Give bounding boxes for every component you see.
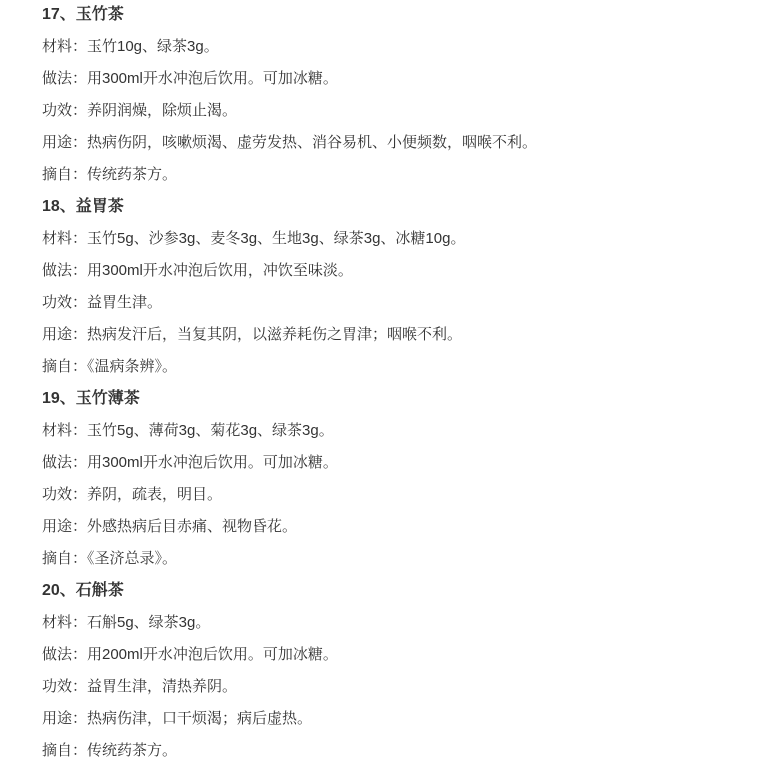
recipe-method-line: 做法：用200ml开水冲泡后饮用。可加冰糖。 bbox=[42, 646, 743, 664]
recipe-heading: 19、玉竹薄茶 bbox=[42, 390, 743, 408]
recipe-source-line: 摘自：传统药茶方。 bbox=[42, 166, 743, 184]
recipe-material-line: 材料：玉竹5g、沙参3g、麦冬3g、生地3g、绿茶3g、冰糖10g。 bbox=[42, 230, 743, 248]
recipe-usage-line: 用途：热病伤阴，咳嗽烦渴、虚劳发热、消谷易机、小便频数，咽喉不利。 bbox=[42, 134, 743, 152]
recipe-material-line: 材料：玉竹10g、绿茶3g。 bbox=[42, 38, 743, 56]
recipe-source-line: 摘自：《圣济总录》。 bbox=[42, 550, 743, 568]
recipe-section: 17、玉竹茶 材料：玉竹10g、绿茶3g。 做法：用300ml开水冲泡后饮用。可… bbox=[42, 6, 743, 184]
recipe-section: 19、玉竹薄茶 材料：玉竹5g、薄荷3g、菊花3g、绿茶3g。 做法：用300m… bbox=[42, 390, 743, 568]
recipe-section: 18、益胃茶 材料：玉竹5g、沙参3g、麦冬3g、生地3g、绿茶3g、冰糖10g… bbox=[42, 198, 743, 376]
recipe-usage-line: 用途：外感热病后目赤痛、视物昏花。 bbox=[42, 518, 743, 536]
recipe-effect-line: 功效：益胃生津。 bbox=[42, 294, 743, 312]
recipe-method-line: 做法：用300ml开水冲泡后饮用。可加冰糖。 bbox=[42, 454, 743, 472]
recipe-heading: 18、益胃茶 bbox=[42, 198, 743, 216]
recipe-usage-line: 用途：热病发汗后，当复其阴，以滋养耗伤之胃津；咽喉不利。 bbox=[42, 326, 743, 344]
recipe-effect-line: 功效：养阴润燥，除烦止渴。 bbox=[42, 102, 743, 120]
recipe-method-line: 做法：用300ml开水冲泡后饮用。可加冰糖。 bbox=[42, 70, 743, 88]
recipe-material-line: 材料：石斛5g、绿茶3g。 bbox=[42, 614, 743, 632]
recipe-document: 17、玉竹茶 材料：玉竹10g、绿茶3g。 做法：用300ml开水冲泡后饮用。可… bbox=[0, 0, 773, 760]
recipe-section: 20、石斛茶 材料：石斛5g、绿茶3g。 做法：用200ml开水冲泡后饮用。可加… bbox=[42, 582, 743, 760]
recipe-source-line: 摘自：传统药茶方。 bbox=[42, 742, 743, 760]
recipe-source-line: 摘自：《温病条辨》。 bbox=[42, 358, 743, 376]
recipe-effect-line: 功效：养阴，疏表，明目。 bbox=[42, 486, 743, 504]
recipe-usage-line: 用途：热病伤津，口干烦渴；病后虚热。 bbox=[42, 710, 743, 728]
recipe-material-line: 材料：玉竹5g、薄荷3g、菊花3g、绿茶3g。 bbox=[42, 422, 743, 440]
recipe-heading: 20、石斛茶 bbox=[42, 582, 743, 600]
recipe-heading: 17、玉竹茶 bbox=[42, 6, 743, 24]
recipe-method-line: 做法：用300ml开水冲泡后饮用，冲饮至味淡。 bbox=[42, 262, 743, 280]
recipe-effect-line: 功效：益胃生津，清热养阴。 bbox=[42, 678, 743, 696]
